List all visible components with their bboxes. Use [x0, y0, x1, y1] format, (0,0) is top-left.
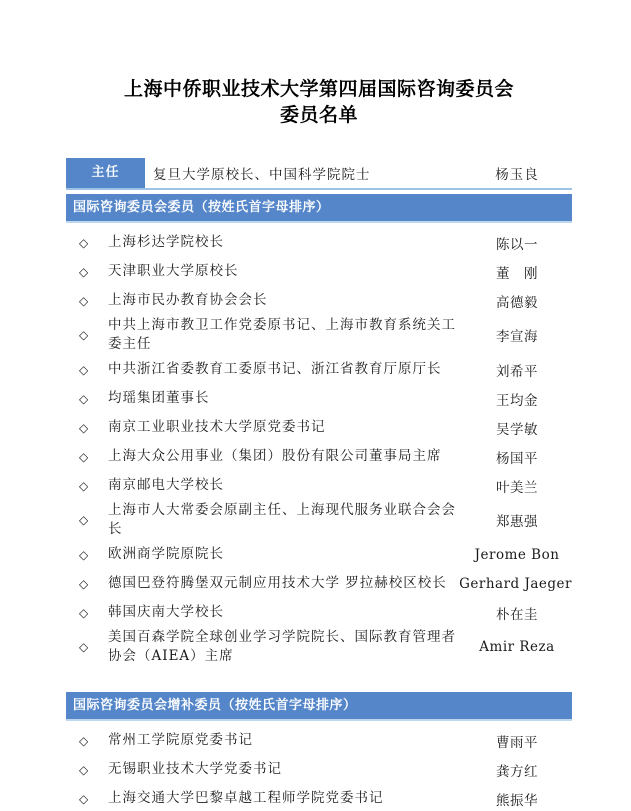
diamond-bullet-icon: ◇ [79, 578, 93, 590]
diamond-bullet-icon: ◇ [79, 266, 93, 278]
member-description: 上海大众公用事业（集团）股份有限公司董事局主席 [108, 447, 462, 466]
member-name: 陈以一 [462, 233, 572, 253]
diamond-bullet-icon: ◇ [79, 480, 93, 492]
chair-name: 杨玉良 [462, 163, 572, 183]
member-name: Jerome Bon [462, 547, 572, 563]
member-description: 上海市民办教育协会会长 [108, 291, 462, 310]
member-name: 龚方红 [462, 760, 572, 780]
diamond-bullet-icon: ◇ [79, 549, 93, 561]
member-name: 吴学敏 [462, 418, 572, 438]
member-row: ◇ 上海杉达学院校长 陈以一 [66, 228, 572, 257]
member-row: ◇ 上海市民办教育协会会长 高德毅 [66, 286, 572, 315]
member-row: ◇ 南京工业职业技术大学原党委书记 吴学敏 [66, 413, 572, 442]
member-name: Gerhard Jaeger [459, 576, 572, 592]
page-title: 上海中侨职业技术大学第四届国际咨询委员会 委员名单 [66, 76, 572, 128]
member-description: 南京工业职业技术大学原党委书记 [108, 418, 462, 437]
member-row: ◇ 德国巴登符腾堡双元制应用技术大学 罗拉赫校区校长 Gerhard Jaege… [66, 569, 572, 598]
member-description: 上海杉达学院校长 [108, 233, 462, 252]
member-description: 欧洲商学院原院长 [108, 545, 462, 564]
member-description: 无锡职业技术大学党委书记 [108, 760, 462, 779]
member-name: 曹雨平 [462, 731, 572, 751]
diamond-bullet-icon: ◇ [79, 764, 93, 776]
document-page: 上海中侨职业技术大学第四届国际咨询委员会 委员名单 主任 复旦大学原校长、中国科… [0, 0, 631, 811]
member-row: ◇ 上海交通大学巴黎卓越工程师学院党委书记 熊振华 [66, 784, 572, 811]
member-row: ◇ 南京邮电大学校长 叶美兰 [66, 471, 572, 500]
member-description: 上海市人大常委会原副主任、上海现代服务业联合会会长 [108, 501, 462, 539]
member-row: ◇ 中共浙江省委教育工委原书记、浙江省教育厅原厅长 刘希平 [66, 355, 572, 384]
member-row: ◇ 均瑶集团董事长 王均金 [66, 384, 572, 413]
page-title-line2: 委员名单 [66, 102, 572, 128]
diamond-bullet-icon: ◇ [79, 364, 93, 376]
member-list: ◇ 常州工学院原党委书记 曹雨平 ◇ 无锡职业技术大学党委书记 龚方红 ◇ 上海… [66, 726, 572, 811]
diamond-bullet-icon: ◇ [79, 641, 93, 653]
member-row: ◇ 天津职业大学原校长 董 刚 [66, 257, 572, 286]
member-row: ◇ 常州工学院原党委书记 曹雨平 [66, 726, 572, 755]
member-name: 杨国平 [462, 447, 572, 467]
diamond-bullet-icon: ◇ [79, 451, 93, 463]
member-row: ◇ 上海市人大常委会原副主任、上海现代服务业联合会会长 郑惠强 [66, 500, 572, 540]
chair-description: 复旦大学原校长、中国科学院院士 [153, 163, 462, 183]
diamond-bullet-icon: ◇ [79, 237, 93, 249]
member-list: ◇ 上海杉达学院校长 陈以一 ◇ 天津职业大学原校长 董 刚 ◇ 上海市民办教育… [66, 228, 572, 667]
member-row: ◇ 中共上海市教卫工作党委原书记、上海市教育系统关工委主任 李宣海 [66, 315, 572, 355]
member-name: 刘希平 [462, 360, 572, 380]
member-description: 天津职业大学原校长 [108, 262, 462, 281]
member-description: 中共上海市教卫工作党委原书记、上海市教育系统关工委主任 [108, 316, 462, 354]
member-name: 高德毅 [462, 291, 572, 311]
member-description: 韩国庆南大学校长 [108, 603, 462, 622]
member-description: 上海交通大学巴黎卓越工程师学院党委书记 [108, 789, 462, 808]
committee-section: 国际咨询委员会委员（按姓氏首字母排序） ◇ 上海杉达学院校长 陈以一 ◇ 天津职… [66, 194, 572, 667]
member-name: 郑惠强 [462, 510, 572, 530]
member-name: Amir Reza [462, 639, 572, 655]
member-description: 常州工学院原党委书记 [108, 731, 462, 750]
member-name: 王均金 [462, 389, 572, 409]
diamond-bullet-icon: ◇ [79, 607, 93, 619]
diamond-bullet-icon: ◇ [79, 393, 93, 405]
member-row: ◇ 上海大众公用事业（集团）股份有限公司董事局主席 杨国平 [66, 442, 572, 471]
diamond-bullet-icon: ◇ [79, 514, 93, 526]
member-name: 李宣海 [462, 325, 572, 345]
member-description: 中共浙江省委教育工委原书记、浙江省教育厅原厅长 [108, 360, 462, 379]
committee-section: 国际咨询委员会增补委员（按姓氏首字母排序） ◇ 常州工学院原党委书记 曹雨平 ◇… [66, 692, 572, 811]
diamond-bullet-icon: ◇ [79, 422, 93, 434]
member-name: 叶美兰 [462, 476, 572, 496]
member-name: 朴在圭 [462, 603, 572, 623]
diamond-bullet-icon: ◇ [79, 793, 93, 805]
diamond-bullet-icon: ◇ [79, 329, 93, 341]
sections-container: 国际咨询委员会委员（按姓氏首字母排序） ◇ 上海杉达学院校长 陈以一 ◇ 天津职… [66, 194, 572, 811]
chair-row: 主任 复旦大学原校长、中国科学院院士 杨玉良 [66, 158, 572, 190]
diamond-bullet-icon: ◇ [79, 295, 93, 307]
member-row: ◇ 韩国庆南大学校长 朴在圭 [66, 598, 572, 627]
member-description: 均瑶集团董事长 [108, 389, 462, 408]
diamond-bullet-icon: ◇ [79, 735, 93, 747]
member-name: 熊振华 [462, 789, 572, 809]
member-row: ◇ 美国百森学院全球创业学习学院院长、国际教育管理者协会（AIEA）主席 Ami… [66, 627, 572, 667]
section-header: 国际咨询委员会委员（按姓氏首字母排序） [66, 194, 572, 223]
chair-label-badge: 主任 [66, 158, 145, 188]
member-row: ◇ 无锡职业技术大学党委书记 龚方红 [66, 755, 572, 784]
member-description: 德国巴登符腾堡双元制应用技术大学 罗拉赫校区校长 [108, 574, 459, 593]
member-row: ◇ 欧洲商学院原院长 Jerome Bon [66, 540, 572, 569]
member-description: 美国百森学院全球创业学习学院院长、国际教育管理者协会（AIEA）主席 [108, 628, 462, 666]
page-title-line1: 上海中侨职业技术大学第四届国际咨询委员会 [66, 76, 572, 102]
member-description: 南京邮电大学校长 [108, 476, 462, 495]
member-name: 董 刚 [462, 262, 572, 282]
section-header: 国际咨询委员会增补委员（按姓氏首字母排序） [66, 692, 572, 721]
